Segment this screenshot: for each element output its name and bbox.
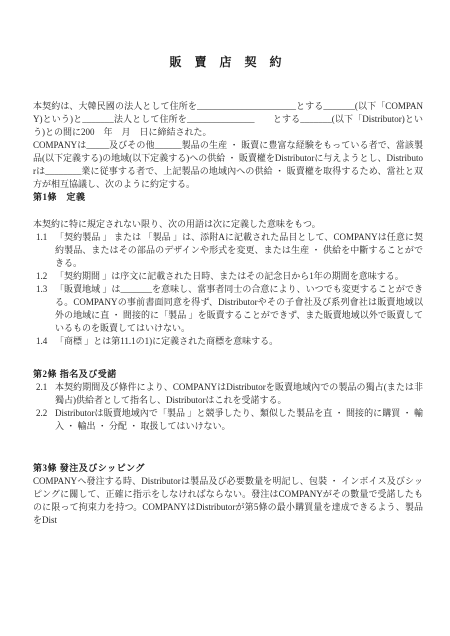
section-1-clause-list: 1.1 「契約製品 」 または 「製品 」は、添附Aに記載された品目として、CO… (33, 231, 423, 348)
clause-item-2-1: 2.1 本契約期間及び條件により、COMPANYはDistributorを販賣地… (36, 381, 423, 407)
section-3-body-paragraph: COMPANYへ發注する時、Distributorは製品及び必要數量を明記し、包… (33, 475, 423, 527)
section-2-appointment-heading: 第2條 指名及び受諾 (33, 368, 423, 381)
clause-text: Distributorは販賣地域內で「製品 」と競爭したり、類似した製品を直 ・… (55, 407, 423, 433)
clause-text: 「商標 」とは第11.1の1)に定義された商標を意味する。 (55, 335, 423, 348)
clause-number: 2.1 (36, 381, 55, 394)
clause-text: 「契約期間 」は序文に記載された日時、またはその記念日から1年の期間を意味する。 (55, 270, 423, 283)
clause-item-2-2: 2.2 Distributorは販賣地域內で「製品 」と競爭したり、類似した製品… (36, 407, 423, 433)
clause-number: 1.4 (36, 335, 55, 348)
clause-text: 本契約期間及び條件により、COMPANYはDistributorを販賣地域內での… (55, 381, 423, 407)
contract-title: 販 賣 店 契 約 (33, 55, 423, 70)
clause-text: 「契約製品 」 または 「製品 」は、添附Aに記載された品目として、COMPAN… (55, 231, 423, 270)
section-3-ordering-shipping-heading: 第3條 發注及びシッピング (33, 462, 423, 475)
clause-number: 1.1 (36, 231, 55, 244)
clause-number: 1.3 (36, 283, 55, 296)
section-2-clause-list: 2.1 本契約期間及び條件により、COMPANYはDistributorを販賣地… (33, 381, 423, 433)
section-1-definitions-heading: 第1條 定義 (33, 191, 423, 204)
contract-document-page: 販 賣 店 契 約 本契約は、大韓民國の法人として住所を____________… (0, 0, 450, 636)
clause-item-1-4: 1.4 「商標 」とは第11.1の1)に定義された商標を意味する。 (36, 335, 423, 348)
clause-item-1-1: 1.1 「契約製品 」 または 「製品 」は、添附Aに記載された品目として、CO… (36, 231, 423, 270)
clause-item-1-2: 1.2 「契約期間 」は序文に記載された日時、またはその記念日から1年の期間を意… (36, 270, 423, 283)
section-1-lead-paragraph: 本契約に特に規定されない限り、次の用語は次に定義した意味をもつ。 (33, 218, 423, 231)
clause-number: 2.2 (36, 407, 55, 420)
clause-item-1-3: 1.3 「販賣地域 」は_______を意味し、當事者同士の合意により、いつでも… (36, 283, 423, 335)
clause-text: 「販賣地域 」は_______を意味し、當事者同士の合意により、いつでも変更する… (55, 283, 423, 335)
intro-paragraph: COMPANYは_____及びその他______製品の生産 ・ 販賣に豊富な経験… (33, 139, 423, 191)
preamble-paragraph: 本契約は、大韓民國の法人として住所を______________________… (33, 100, 423, 139)
clause-number: 1.2 (36, 270, 55, 283)
